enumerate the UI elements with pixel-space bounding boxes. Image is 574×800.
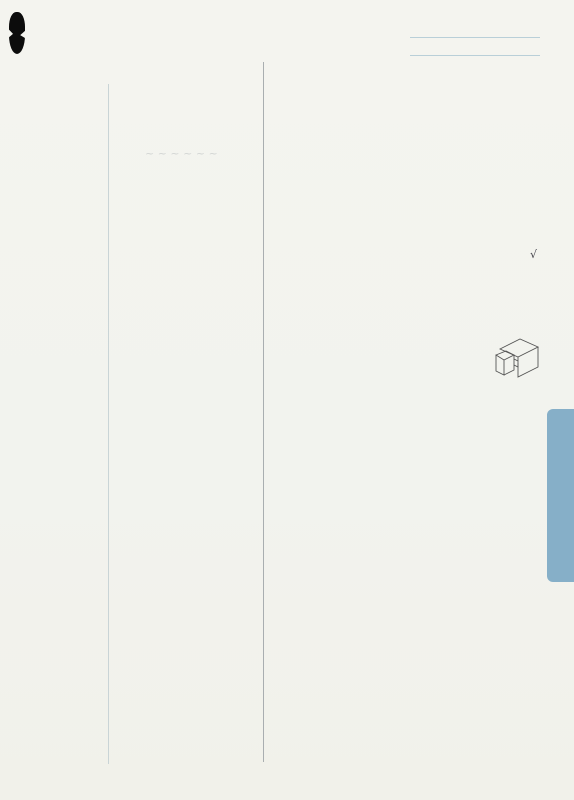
check-mark: √ <box>530 248 537 261</box>
notebook-page: ~ ~ ~ ~ ~ ~ √ <box>0 0 574 800</box>
joint-sketch-icon <box>492 333 544 383</box>
column-divider <box>263 62 264 762</box>
date-field-line <box>410 55 540 56</box>
bleed-through-text: ~ ~ ~ ~ ~ ~ <box>145 147 218 160</box>
index-tab[interactable] <box>547 409 574 582</box>
torn-hole <box>9 12 25 54</box>
page-field-line <box>410 37 540 38</box>
margin-line <box>108 84 109 764</box>
